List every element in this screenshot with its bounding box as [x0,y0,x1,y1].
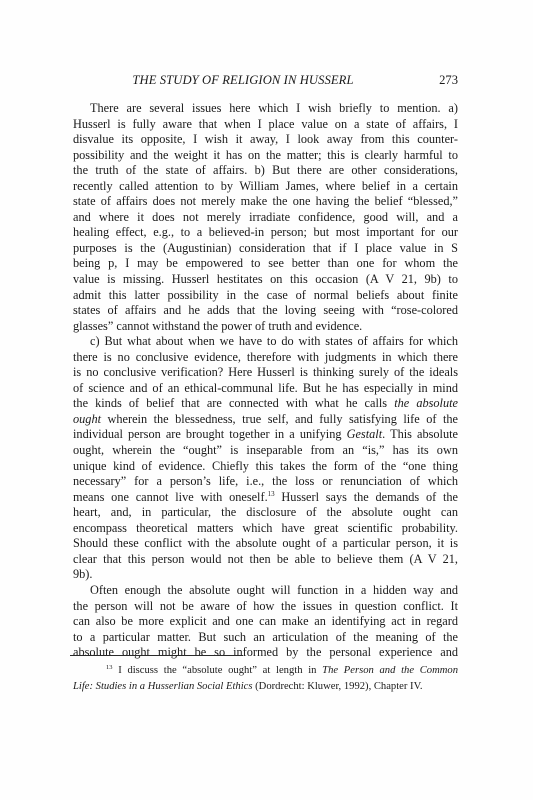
text-line: individual person are brought together i… [73,427,458,443]
text-line: purposes is the (Augustinian) considerat… [73,241,458,257]
line-text: . This absolute [382,427,458,441]
footnote-ref: 13 [268,490,275,498]
line-text: to a particular matter. But such an arti… [73,630,458,644]
footnote-line: 13 I discuss the “absolute ought” at len… [73,663,458,679]
line-text: necessary” for a person’s life, i.e., th… [73,474,458,488]
book-page: THE STUDY OF RELIGION IN HUSSERL 273 The… [0,0,533,800]
text-line: There are several issues here which I wi… [73,101,458,117]
text-line: Husserl is fully aware that when I place… [73,117,458,133]
page-number: 273 [439,72,458,88]
text-line: necessary” for a person’s life, i.e., th… [73,474,458,490]
text-line: clear that this person would not then be… [73,552,458,568]
text-line: Often enough the absolute ought will fun… [73,583,458,599]
line-text: heart, and, in particular, the disclosur… [73,505,458,519]
line-text: means one cannot live with oneself. [73,490,268,504]
text-line: recently called attention to by William … [73,179,458,195]
line-text: 9b). [73,567,92,581]
line-text: ought, wherein the “ought” is inseparabl… [73,443,458,457]
line-text: and where it does not merely irradiate c… [73,210,458,224]
italic-term: ought [73,412,101,426]
line-text: Should these conflict with the absolute … [73,536,458,550]
line-text: there is no conclusive evidence, therefo… [73,350,458,364]
text-line: can also be more explicit and one can ma… [73,614,458,630]
text-line: unique kind of evidence. Chiefly this ta… [73,459,458,475]
line-text: being p, I may be empowered to see bette… [73,256,458,270]
text-line: value is missing. Husserl hestitates on … [73,272,458,288]
line-text: of science and of an ethical-communal li… [73,381,458,395]
text-line: means one cannot live with oneself.13 Hu… [73,490,458,506]
text-line: ought, wherein the “ought” is inseparabl… [73,443,458,459]
text-line: c) But what about when we have to do wit… [73,334,458,350]
text-line: there is no conclusive evidence, therefo… [73,350,458,366]
line-text: c) But what about when we have to do wit… [90,334,458,348]
text-line: glasses” cannot withstand the power of t… [73,319,458,335]
line-text: glasses” cannot withstand the power of t… [73,319,362,333]
footnote-line: Life: Studies in a Husserlian Social Eth… [73,679,458,695]
body-text: There are several issues here which I wi… [73,101,458,661]
line-text: the kinds of belief that are connected w… [73,396,394,410]
text-line: admit this latter possibility in the cas… [73,288,458,304]
text-line: possibility and the weight it has on the… [73,148,458,164]
line-text: disvalue its opposite, I wish it away, I… [73,132,458,146]
line-text: absolute ought might be so informed by t… [73,645,458,659]
line-text: unique kind of evidence. Chiefly this ta… [73,459,458,473]
text-line: healing effect, e.g., to a believed-in p… [73,225,458,241]
line-text: Often enough the absolute ought will fun… [90,583,458,597]
line-text: is no conclusive verification? Here Huss… [73,365,458,379]
text-line: 9b). [73,567,458,583]
footnotes: 13 I discuss the “absolute ought” at len… [73,663,458,694]
text-line: being p, I may be empowered to see bette… [73,256,458,272]
line-text: clear that this person would not then be… [73,552,458,566]
text-line: Should these conflict with the absolute … [73,536,458,552]
text-line: to a particular matter. But such an arti… [73,630,458,646]
text-line: the person will not be aware of how the … [73,599,458,615]
text-line: and where it does not merely irradiate c… [73,210,458,226]
italic-term: the absolute [394,396,458,410]
line-text: healing effect, e.g., to a believed-in p… [73,225,458,239]
text-line: encompass theoretical matters which have… [73,521,458,537]
text-line: ought wherein the blessedness, true self… [73,412,458,428]
line-text: There are several issues here which I wi… [90,101,458,115]
line-text: encompass theoretical matters which have… [73,521,458,535]
text-line: states of affairs and he adds that the l… [73,303,458,319]
line-text: wherein the blessedness, true self, and … [101,412,458,426]
line-text: value is missing. Husserl hestitates on … [73,272,458,286]
text-line: disvalue its opposite, I wish it away, I… [73,132,458,148]
text-line: the kinds of belief that are connected w… [73,396,458,412]
running-head: THE STUDY OF RELIGION IN HUSSERL 273 [73,72,458,88]
text-line: the truth of the state of affairs. b) Bu… [73,163,458,179]
line-text: can also be more explicit and one can ma… [73,614,458,628]
running-title: THE STUDY OF RELIGION IN HUSSERL [73,72,413,88]
line-text: purposes is the (Augustinian) considerat… [73,241,458,255]
line-text: the truth of the state of affairs. b) Bu… [73,163,458,177]
line-text: the person will not be aware of how the … [73,599,458,613]
line-text: Husserl says the demands of the [275,490,458,504]
text-line: of science and of an ethical-communal li… [73,381,458,397]
line-text: admit this latter possibility in the cas… [73,288,458,302]
line-text: recently called attention to by William … [73,179,458,193]
text-line: is no conclusive verification? Here Huss… [73,365,458,381]
line-text: individual person are brought together i… [73,427,347,441]
italic-term: Gestalt [347,427,383,441]
book-title: The Person and the Common [322,665,458,676]
line-text: states of affairs and he adds that the l… [73,303,458,317]
line-text: possibility and the weight it has on the… [73,148,458,162]
line-text: Husserl is fully aware that when I place… [73,117,458,131]
text-line: state of affairs does not merely make th… [73,194,458,210]
footnote-rule [70,655,243,656]
text-line: absolute ought might be so informed by t… [73,645,458,661]
text-line: heart, and, in particular, the disclosur… [73,505,458,521]
book-title: Life: Studies in a Husserlian Social Eth… [73,681,253,692]
line-text: state of affairs does not merely make th… [73,194,458,208]
